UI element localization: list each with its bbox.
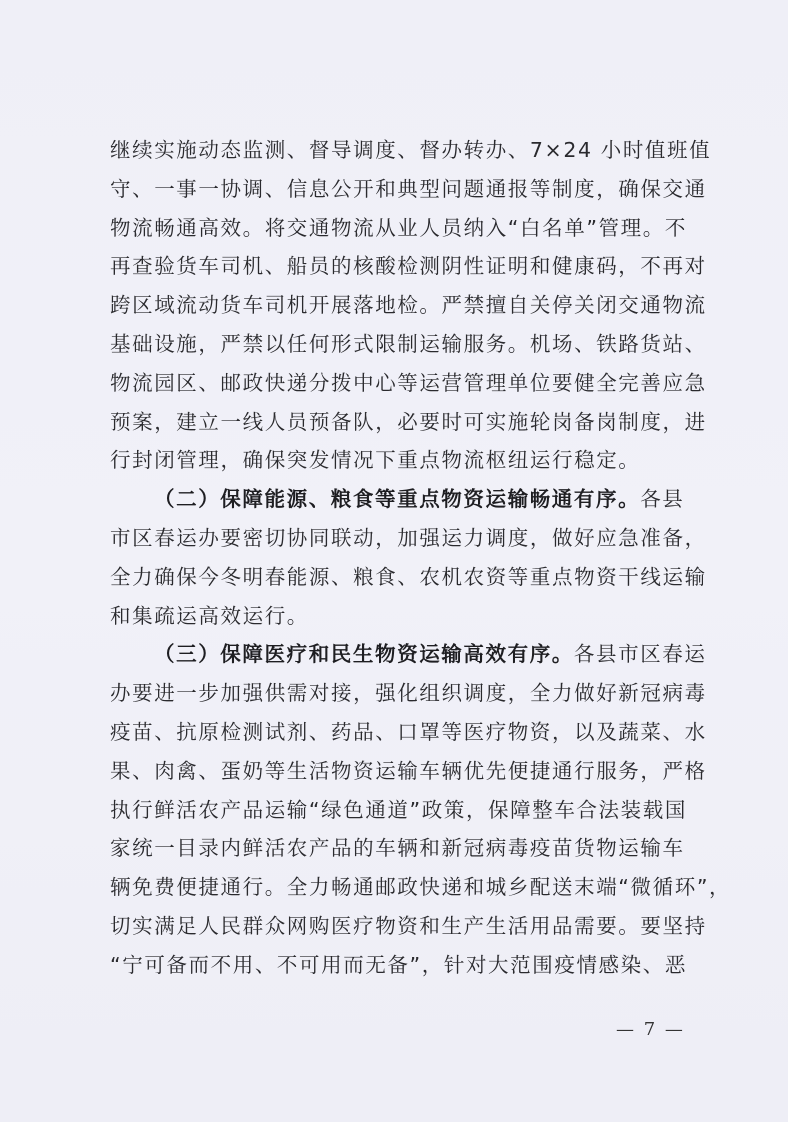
text-line: （二）保障能源、粮食等重点物资运输畅通有序。各县 xyxy=(110,480,676,519)
page-number: — 7 — xyxy=(616,1019,685,1040)
text-line: 市区春运办要密切协同联动，加强运力调度，做好应急准备， xyxy=(110,519,676,558)
text-line: 和集疏运高效运行。 xyxy=(110,597,676,636)
document-body: 继续实施动态监测、督导调度、督办转办、7×24 小时值班值 守、一事一协调、信息… xyxy=(110,131,676,985)
text-line: 辆免费便捷通行。全力畅通邮政快递和城乡配送末端“微循环”， xyxy=(110,868,676,907)
section-heading-2: （二）保障能源、粮食等重点物资运输畅通有序。 xyxy=(154,487,640,511)
text-line: 再查验货车司机、船员的核酸检测阴性证明和健康码，不再对 xyxy=(110,247,676,286)
text-line: 切实满足人民群众网购医疗物资和生产生活用品需要。要坚持 xyxy=(110,907,676,946)
text-line: 物流园区、邮政快递分拨中心等运营管理单位要健全完善应急 xyxy=(110,364,676,403)
text-line: 果、肉禽、蛋奶等生活物资运输车辆优先便捷通行服务，严格 xyxy=(110,752,676,791)
paragraph-2: （二）保障能源、粮食等重点物资运输畅通有序。各县 市区春运办要密切协同联动，加强… xyxy=(110,480,676,635)
text-line: （三）保障医疗和民生物资运输高效有序。各县市区春运 xyxy=(110,635,676,674)
paragraph-3: （三）保障医疗和民生物资运输高效有序。各县市区春运 办要进一步加强供需对接，强化… xyxy=(110,635,676,984)
text-line: 基础设施，严禁以任何形式限制运输服务。机场、铁路货站、 xyxy=(110,325,676,364)
text-line: 守、一事一协调、信息公开和典型问题通报等制度，确保交通 xyxy=(110,170,676,209)
text-line: 疫苗、抗原检测试剂、药品、口罩等医疗物资，以及蔬菜、水 xyxy=(110,713,676,752)
text-run: 各县 xyxy=(640,487,684,511)
paragraph-1: 继续实施动态监测、督导调度、督办转办、7×24 小时值班值 守、一事一协调、信息… xyxy=(110,131,676,480)
text-run: 各县市区春运 xyxy=(574,642,707,666)
text-line: 预案，建立一线人员预备队，必要时可实施轮岗备岗制度，进 xyxy=(110,403,676,442)
text-line: 物流畅通高效。将交通物流从业人员纳入“白名单”管理。不 xyxy=(110,209,676,248)
text-line: 执行鲜活农产品运输“绿色通道”政策，保障整车合法装载国 xyxy=(110,791,676,830)
text-line: 行封闭管理，确保突发情况下重点物流枢纽运行稳定。 xyxy=(110,441,676,480)
document-page: 继续实施动态监测、督导调度、督办转办、7×24 小时值班值 守、一事一协调、信息… xyxy=(0,0,788,1122)
section-heading-3: （三）保障医疗和民生物资运输高效有序。 xyxy=(154,642,574,666)
text-line: 继续实施动态监测、督导调度、督办转办、7×24 小时值班值 xyxy=(110,131,676,170)
text-line: 家统一目录内鲜活农产品的车辆和新冠病毒疫苗货物运输车 xyxy=(110,829,676,868)
text-line: 全力确保今冬明春能源、粮食、农机农资等重点物资干线运输 xyxy=(110,558,676,597)
text-line: “宁可备而不用、不可用而无备”，针对大范围疫情感染、恶 xyxy=(110,946,676,985)
text-line: 办要进一步加强供需对接，强化组织调度，全力做好新冠病毒 xyxy=(110,674,676,713)
text-line: 跨区域流动货车司机开展落地检。严禁擅自关停关闭交通物流 xyxy=(110,286,676,325)
